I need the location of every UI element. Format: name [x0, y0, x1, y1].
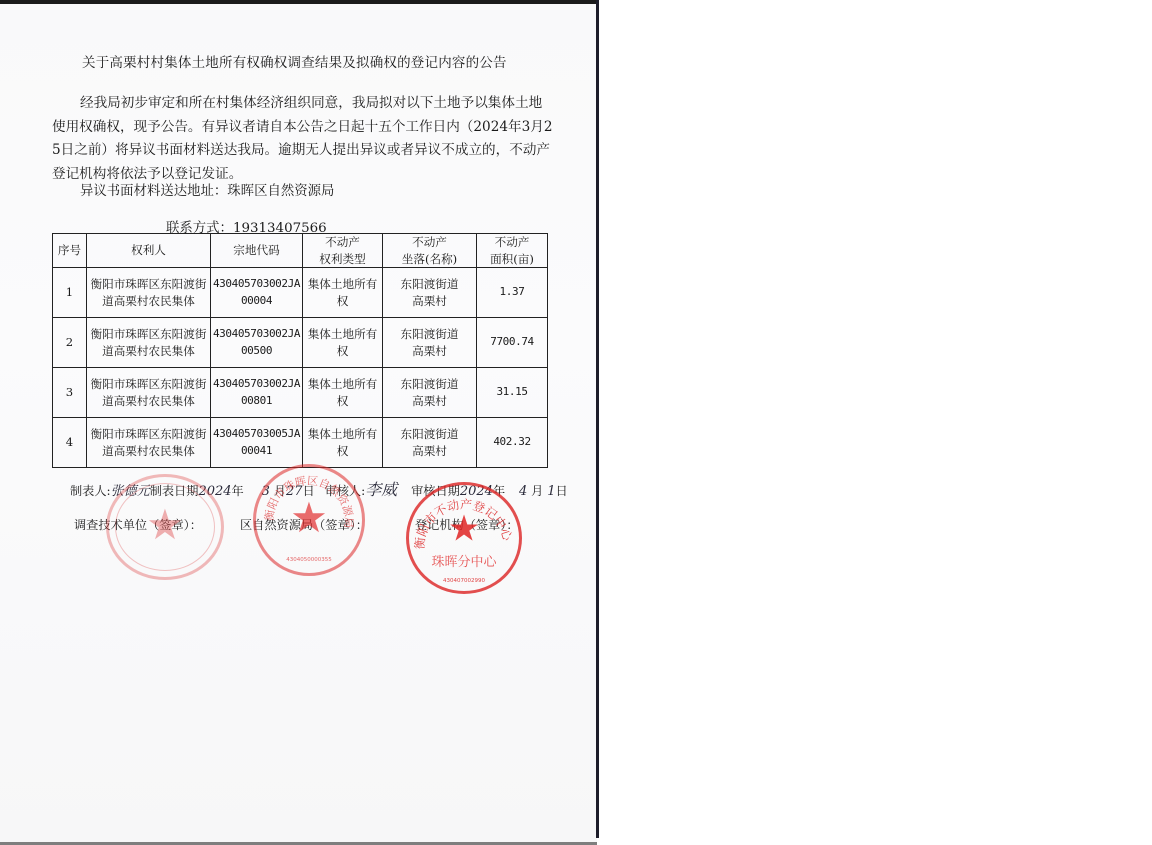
header-location: 不动产坐落(名称)	[383, 234, 477, 268]
preparer-label: 制表人:	[70, 484, 111, 498]
announcement-paragraph: 经我局初步审定和所在村集体经济组织同意，我局拟对以下土地予以集体土地 使用权确权…	[52, 92, 552, 186]
svg-text:4304050000355: 4304050000355	[286, 557, 332, 563]
document-title: 关于高栗村村集体土地所有权确权调查结果及拟确权的登记内容的公告	[82, 51, 507, 71]
cell-parcel-code: 430405703002JA00004	[211, 268, 303, 318]
prep-date-month: 3	[262, 484, 270, 499]
resources-bureau-seal-label: 区自然资源局（签章）：	[240, 516, 368, 533]
header-owner: 权利人	[87, 234, 211, 268]
cell-no: 1	[53, 268, 87, 318]
prep-date-day: 27	[286, 484, 303, 499]
header-right-type: 不动产权利类型	[303, 234, 383, 268]
cell-owner: 衡阳市珠晖区东阳渡街道高栗村农民集体	[87, 318, 211, 368]
table-row: 2 衡阳市珠晖区东阳渡街道高栗村农民集体 430405703002JA00500…	[53, 318, 548, 368]
cell-parcel-code: 430405703005JA00041	[211, 418, 303, 468]
cell-parcel-code: 430405703002JA00801	[211, 368, 303, 418]
paragraph-line: 经我局初步审定和所在村集体经济组织同意，我局拟对以下土地予以集体土地	[52, 92, 552, 116]
cell-owner: 衡阳市珠晖区东阳渡街道高栗村农民集体	[87, 368, 211, 418]
review-date-label: 审核日期	[411, 484, 460, 498]
header-area: 不动产面积(亩)	[477, 234, 548, 268]
cell-owner: 衡阳市珠晖区东阳渡街道高栗村农民集体	[87, 268, 211, 318]
signature-line: 制表人:张德元制表日期2024年 3 月27日 审核人:李威 审核日期2024年…	[70, 477, 568, 500]
cell-area: 1.37	[477, 268, 548, 318]
scan-right-edge	[596, 0, 599, 838]
stamp-center-text: 珠晖分中心	[409, 551, 519, 570]
objection-address: 异议书面材料送达地址：珠晖区自然资源局	[80, 180, 334, 199]
cell-location: 东阳渡街道高栗村	[383, 318, 477, 368]
cell-area: 31.15	[477, 368, 548, 418]
review-date-day: 1	[547, 484, 555, 499]
survey-unit-seal-label: 调查技术单位（签章）：	[74, 516, 202, 533]
review-date-month: 4	[519, 484, 527, 499]
table-row: 1 衡阳市珠晖区东阳渡街道高栗村农民集体 430405703002JA00004…	[53, 268, 548, 318]
cell-area: 7700.74	[477, 318, 548, 368]
cell-right-type: 集体土地所有权	[303, 268, 383, 318]
scanned-document-page: 关于高栗村村集体土地所有权确权调查结果及拟确权的登记内容的公告 经我局初步审定和…	[0, 0, 597, 845]
cell-right-type: 集体土地所有权	[303, 418, 383, 468]
cell-owner: 衡阳市珠晖区东阳渡街道高栗村农民集体	[87, 418, 211, 468]
table-row: 3 衡阳市珠晖区东阳渡街道高栗村农民集体 430405703002JA00801…	[53, 368, 548, 418]
cell-location: 东阳渡街道高栗村	[383, 368, 477, 418]
cell-no: 3	[53, 368, 87, 418]
scan-top-edge	[0, 0, 597, 4]
cell-no: 2	[53, 318, 87, 368]
review-date-year: 2024	[460, 484, 493, 499]
paragraph-line: 使用权确权，现予公告。有异议者请自本公告之日起十五个工作日内（2024年3月2	[52, 116, 552, 140]
cell-no: 4	[53, 418, 87, 468]
cell-right-type: 集体土地所有权	[303, 318, 383, 368]
prep-date-year: 2024	[198, 484, 231, 499]
registration-agency-seal-label: 登记机构（签章）：	[415, 516, 519, 533]
header-no: 序号	[53, 234, 87, 268]
cell-location: 东阳渡街道高栗村	[383, 268, 477, 318]
preparer-signature: 张德元	[111, 484, 150, 499]
land-rights-table: 序号 权利人 宗地代码 不动产权利类型 不动产坐落(名称) 不动产面积(亩) 1…	[52, 233, 548, 468]
svg-text:430407002990: 430407002990	[443, 578, 485, 584]
header-parcel-code: 宗地代码	[211, 234, 303, 268]
table-row: 4 衡阳市珠晖区东阳渡街道高栗村农民集体 430405703005JA00041…	[53, 418, 548, 468]
cell-right-type: 集体土地所有权	[303, 368, 383, 418]
table-header-row: 序号 权利人 宗地代码 不动产权利类型 不动产坐落(名称) 不动产面积(亩)	[53, 234, 548, 268]
prep-date-label: 制表日期	[150, 484, 199, 498]
paragraph-line: 5日之前）将异议书面材料送达我局。逾期无人提出异议或者异议不成立的，不动产	[52, 139, 552, 163]
cell-location: 东阳渡街道高栗村	[383, 418, 477, 468]
cell-parcel-code: 430405703002JA00500	[211, 318, 303, 368]
stamp-arc-text: 衡阳市不动产登记中心 430407002990	[409, 485, 519, 591]
cell-area: 402.32	[477, 418, 548, 468]
reviewer-signature: 李威	[365, 480, 397, 499]
reviewer-label: 审核人:	[325, 484, 366, 498]
